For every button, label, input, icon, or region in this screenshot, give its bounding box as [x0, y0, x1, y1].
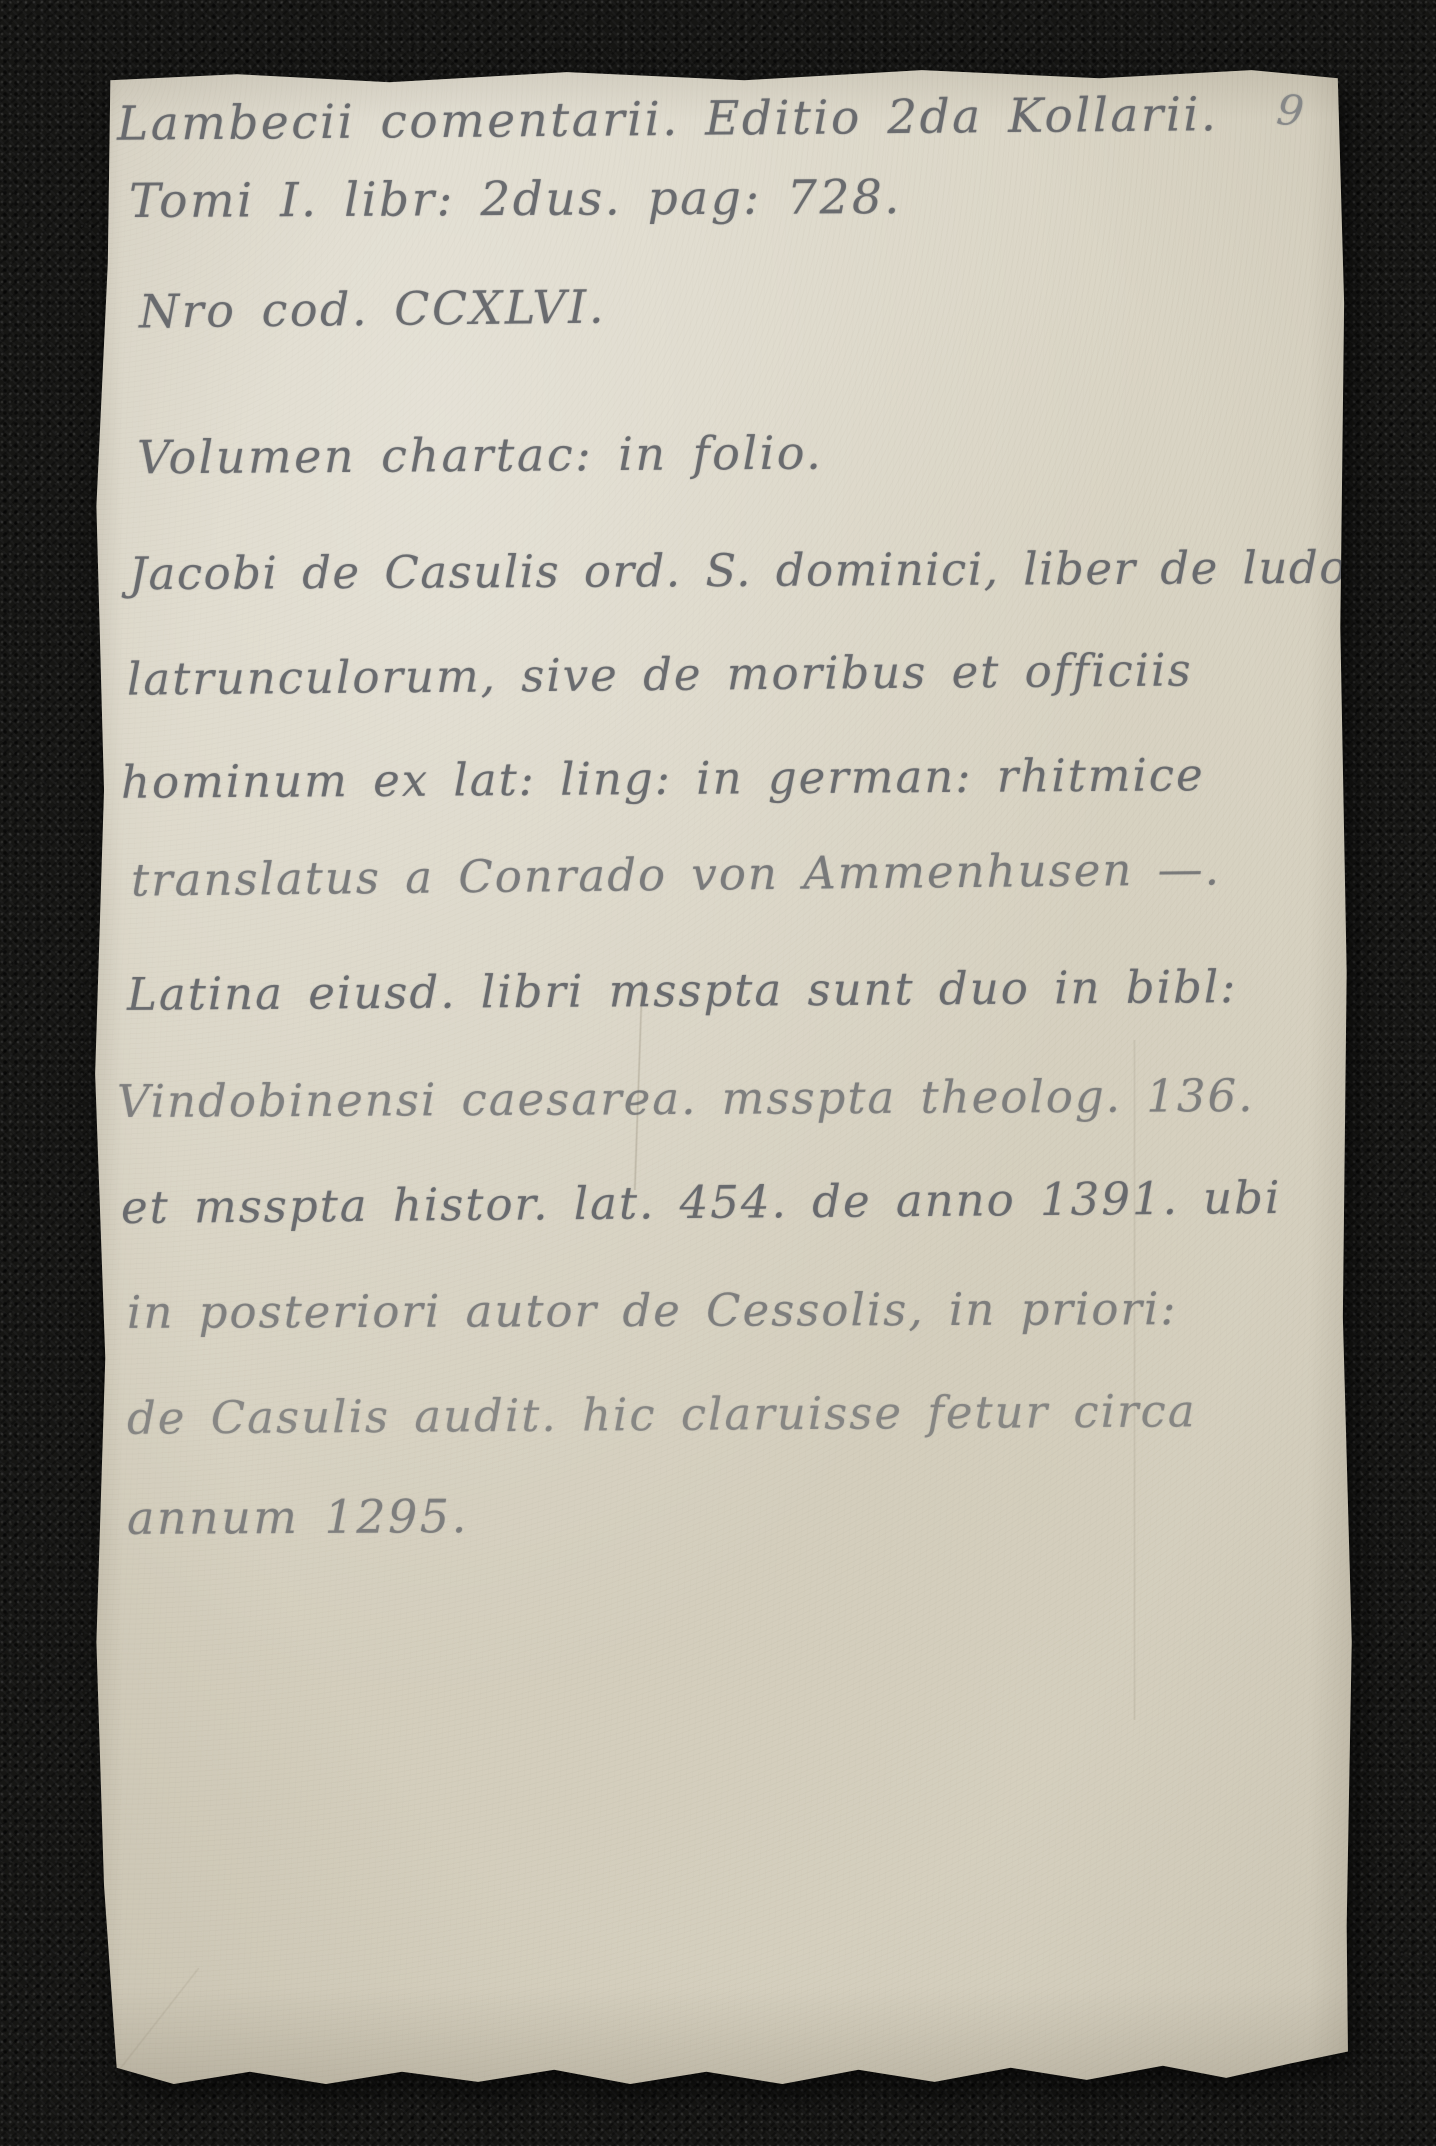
manuscript-line: in posteriori autor de Cessolis, in prio… [127, 1286, 1178, 1335]
manuscript-line: Latina eiusd. libri msspta sunt duo in b… [127, 964, 1238, 1017]
manuscript-line: annum 1295. [127, 1493, 469, 1541]
scan-background: { "scan": { "background_color": "#161614… [0, 0, 1436, 2146]
page-number: 9 [1275, 85, 1307, 137]
manuscript-line: Jacobi de Casulis ord. S. dominici, libe… [129, 545, 1348, 596]
manuscript-line: Lambecii comentarii. Editio 2da Kollarii… [117, 91, 1219, 148]
manuscript-line: Volumen chartac: in folio. [137, 430, 824, 481]
manuscript-paper: 9 Lambecii comentarii. Editio 2da Kollar… [85, 60, 1353, 2088]
manuscript-line: translatus a Conrado von Ammenhusen —. [131, 846, 1221, 902]
manuscript-line: de Casulis audit. hic claruisse fetur ci… [127, 1388, 1197, 1440]
manuscript-line: Tomi I. libr: 2dus. pag: 728. [129, 174, 902, 225]
paper-crease [1133, 1040, 1136, 1720]
manuscript-line: Vindobinensi caesarea. msspta theolog. 1… [117, 1073, 1255, 1124]
manuscript-line: et msspta histor. lat. 454. de anno 1391… [121, 1175, 1282, 1230]
manuscript-line: latrunculorum, sive de moribus et offici… [127, 647, 1193, 701]
manuscript-line: Nro cod. CCXLVI. [139, 284, 606, 335]
paper-crease [93, 1967, 200, 2103]
manuscript-line: hominum ex lat: ling: in german: rhitmic… [121, 752, 1205, 805]
